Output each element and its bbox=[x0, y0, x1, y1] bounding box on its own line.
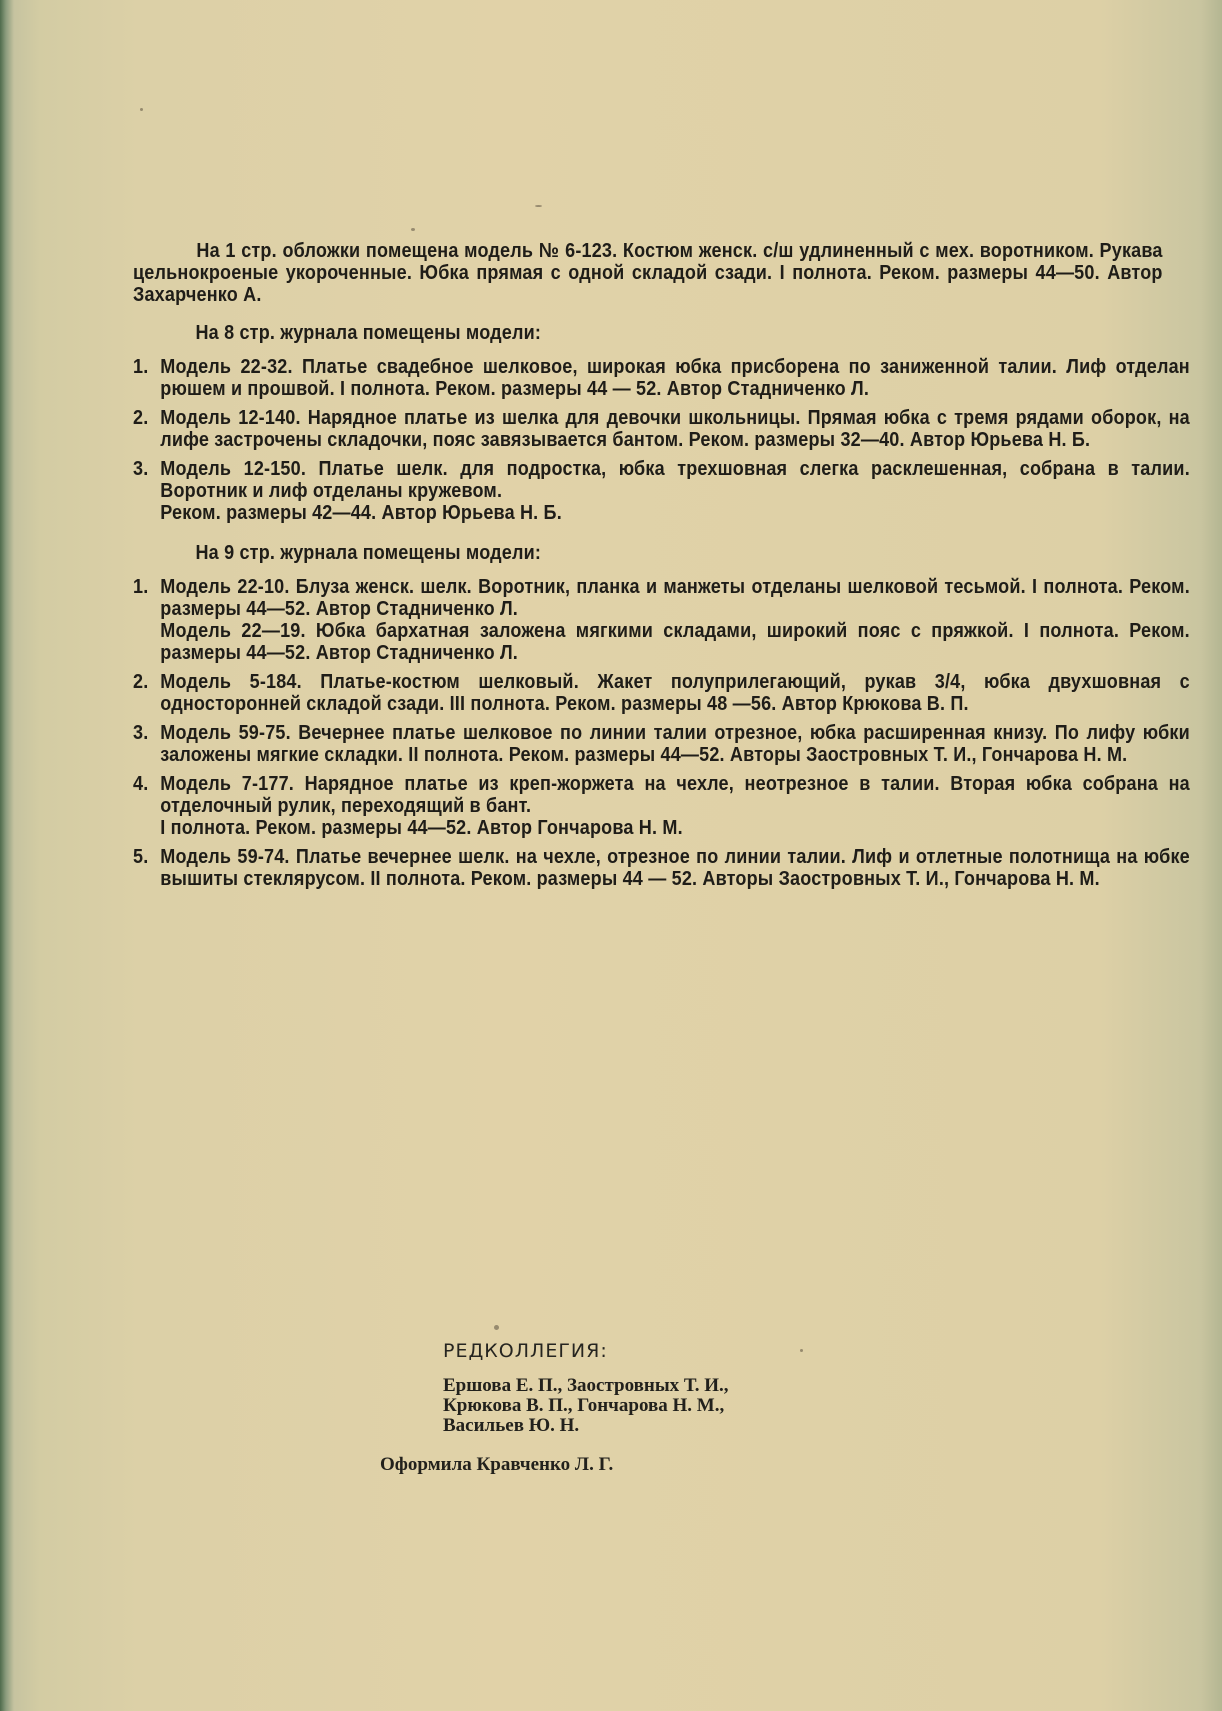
list-item: 1. Модель 22-32. Платье свадебное шелков… bbox=[133, 356, 1190, 400]
item-number: 3. bbox=[133, 458, 148, 480]
list-item: 3. Модель 12-150. Платье шелк. для подро… bbox=[133, 458, 1190, 524]
list-item: 4. Модель 7-177. Нарядное платье из креп… bbox=[133, 773, 1190, 839]
item-text: Модель 59-75. Вечернее платье шелковое п… bbox=[160, 722, 1190, 766]
editorial-member-line: Васильев Ю. Н. bbox=[443, 1416, 900, 1436]
item-text: Модель 22-10. Блуза женск. шелк. Воротни… bbox=[160, 576, 1190, 620]
item-number: 2. bbox=[133, 407, 148, 429]
page9-model-list: 1. Модель 22-10. Блуза женск. шелк. Воро… bbox=[133, 576, 1163, 890]
list-item: 1. Модель 22-10. Блуза женск. шелк. Воро… bbox=[133, 576, 1190, 664]
editorial-members: Ершова Е. П., Заостровных Т. И., Крюкова… bbox=[443, 1376, 900, 1436]
page8-heading: На 8 стр. журнала помещены модели: bbox=[133, 322, 1222, 344]
editorial-member-line: Ершова Е. П., Заостровных Т. И., bbox=[443, 1376, 900, 1396]
document-page: На 1 стр. обложки помещена модель № 6-12… bbox=[0, 0, 1222, 1711]
list-item: 2. Модель 12-140. Нарядное платье из шел… bbox=[133, 407, 1190, 451]
item-number: 4. bbox=[133, 773, 148, 795]
list-item: 3. Модель 59-75. Вечернее платье шелково… bbox=[133, 722, 1190, 766]
article-body: На 1 стр. обложки помещена модель № 6-12… bbox=[133, 240, 1163, 908]
list-item: 2. Модель 5-184. Платье-костюм шелковый.… bbox=[133, 671, 1190, 715]
item-number: 3. bbox=[133, 722, 148, 744]
item-text-continued: I полнота. Реком. размеры 44—52. Автор Г… bbox=[160, 817, 1190, 839]
paper-speck bbox=[411, 228, 415, 231]
paper-speck bbox=[140, 108, 143, 111]
editorial-title: РЕДКОЛЛЕГИЯ: bbox=[443, 1340, 900, 1362]
editorial-board: РЕДКОЛЛЕГИЯ: Ершова Е. П., Заостровных Т… bbox=[380, 1340, 900, 1476]
designer-credit: Оформила Кравченко Л. Г. bbox=[380, 1454, 900, 1476]
cover-description: На 1 стр. обложки помещена модель № 6-12… bbox=[133, 240, 1163, 306]
item-text: Модель 59-74. Платье вечернее шелк. на ч… bbox=[160, 846, 1190, 890]
item-text: Модель 12-140. Нарядное платье из шелка … bbox=[160, 407, 1190, 451]
item-text: Модель 12-150. Платье шелк. для подростк… bbox=[160, 458, 1190, 502]
page8-model-list: 1. Модель 22-32. Платье свадебное шелков… bbox=[133, 356, 1163, 524]
editorial-member-line: Крюкова В. П., Гончарова Н. М., bbox=[443, 1396, 900, 1416]
item-number: 1. bbox=[133, 576, 148, 598]
page9-heading: На 9 стр. журнала помещены модели: bbox=[133, 542, 1222, 564]
item-text-continued: Модель 22—19. Юбка бархатная заложена мя… bbox=[160, 620, 1190, 664]
item-text: Модель 22-32. Платье свадебное шелковое,… bbox=[160, 356, 1190, 400]
item-number: 5. bbox=[133, 846, 148, 868]
list-item: 5. Модель 59-74. Платье вечернее шелк. н… bbox=[133, 846, 1190, 890]
item-text: Модель 5-184. Платье-костюм шелковый. Жа… bbox=[160, 671, 1190, 715]
item-number: 2. bbox=[133, 671, 148, 693]
item-number: 1. bbox=[133, 356, 148, 378]
item-text: Модель 7-177. Нарядное платье из креп-жо… bbox=[160, 773, 1190, 817]
paper-speck bbox=[494, 1325, 499, 1330]
paper-speck bbox=[535, 205, 542, 207]
item-text-continued: Реком. размеры 42—44. Автор Юрьева Н. Б. bbox=[160, 502, 1190, 524]
